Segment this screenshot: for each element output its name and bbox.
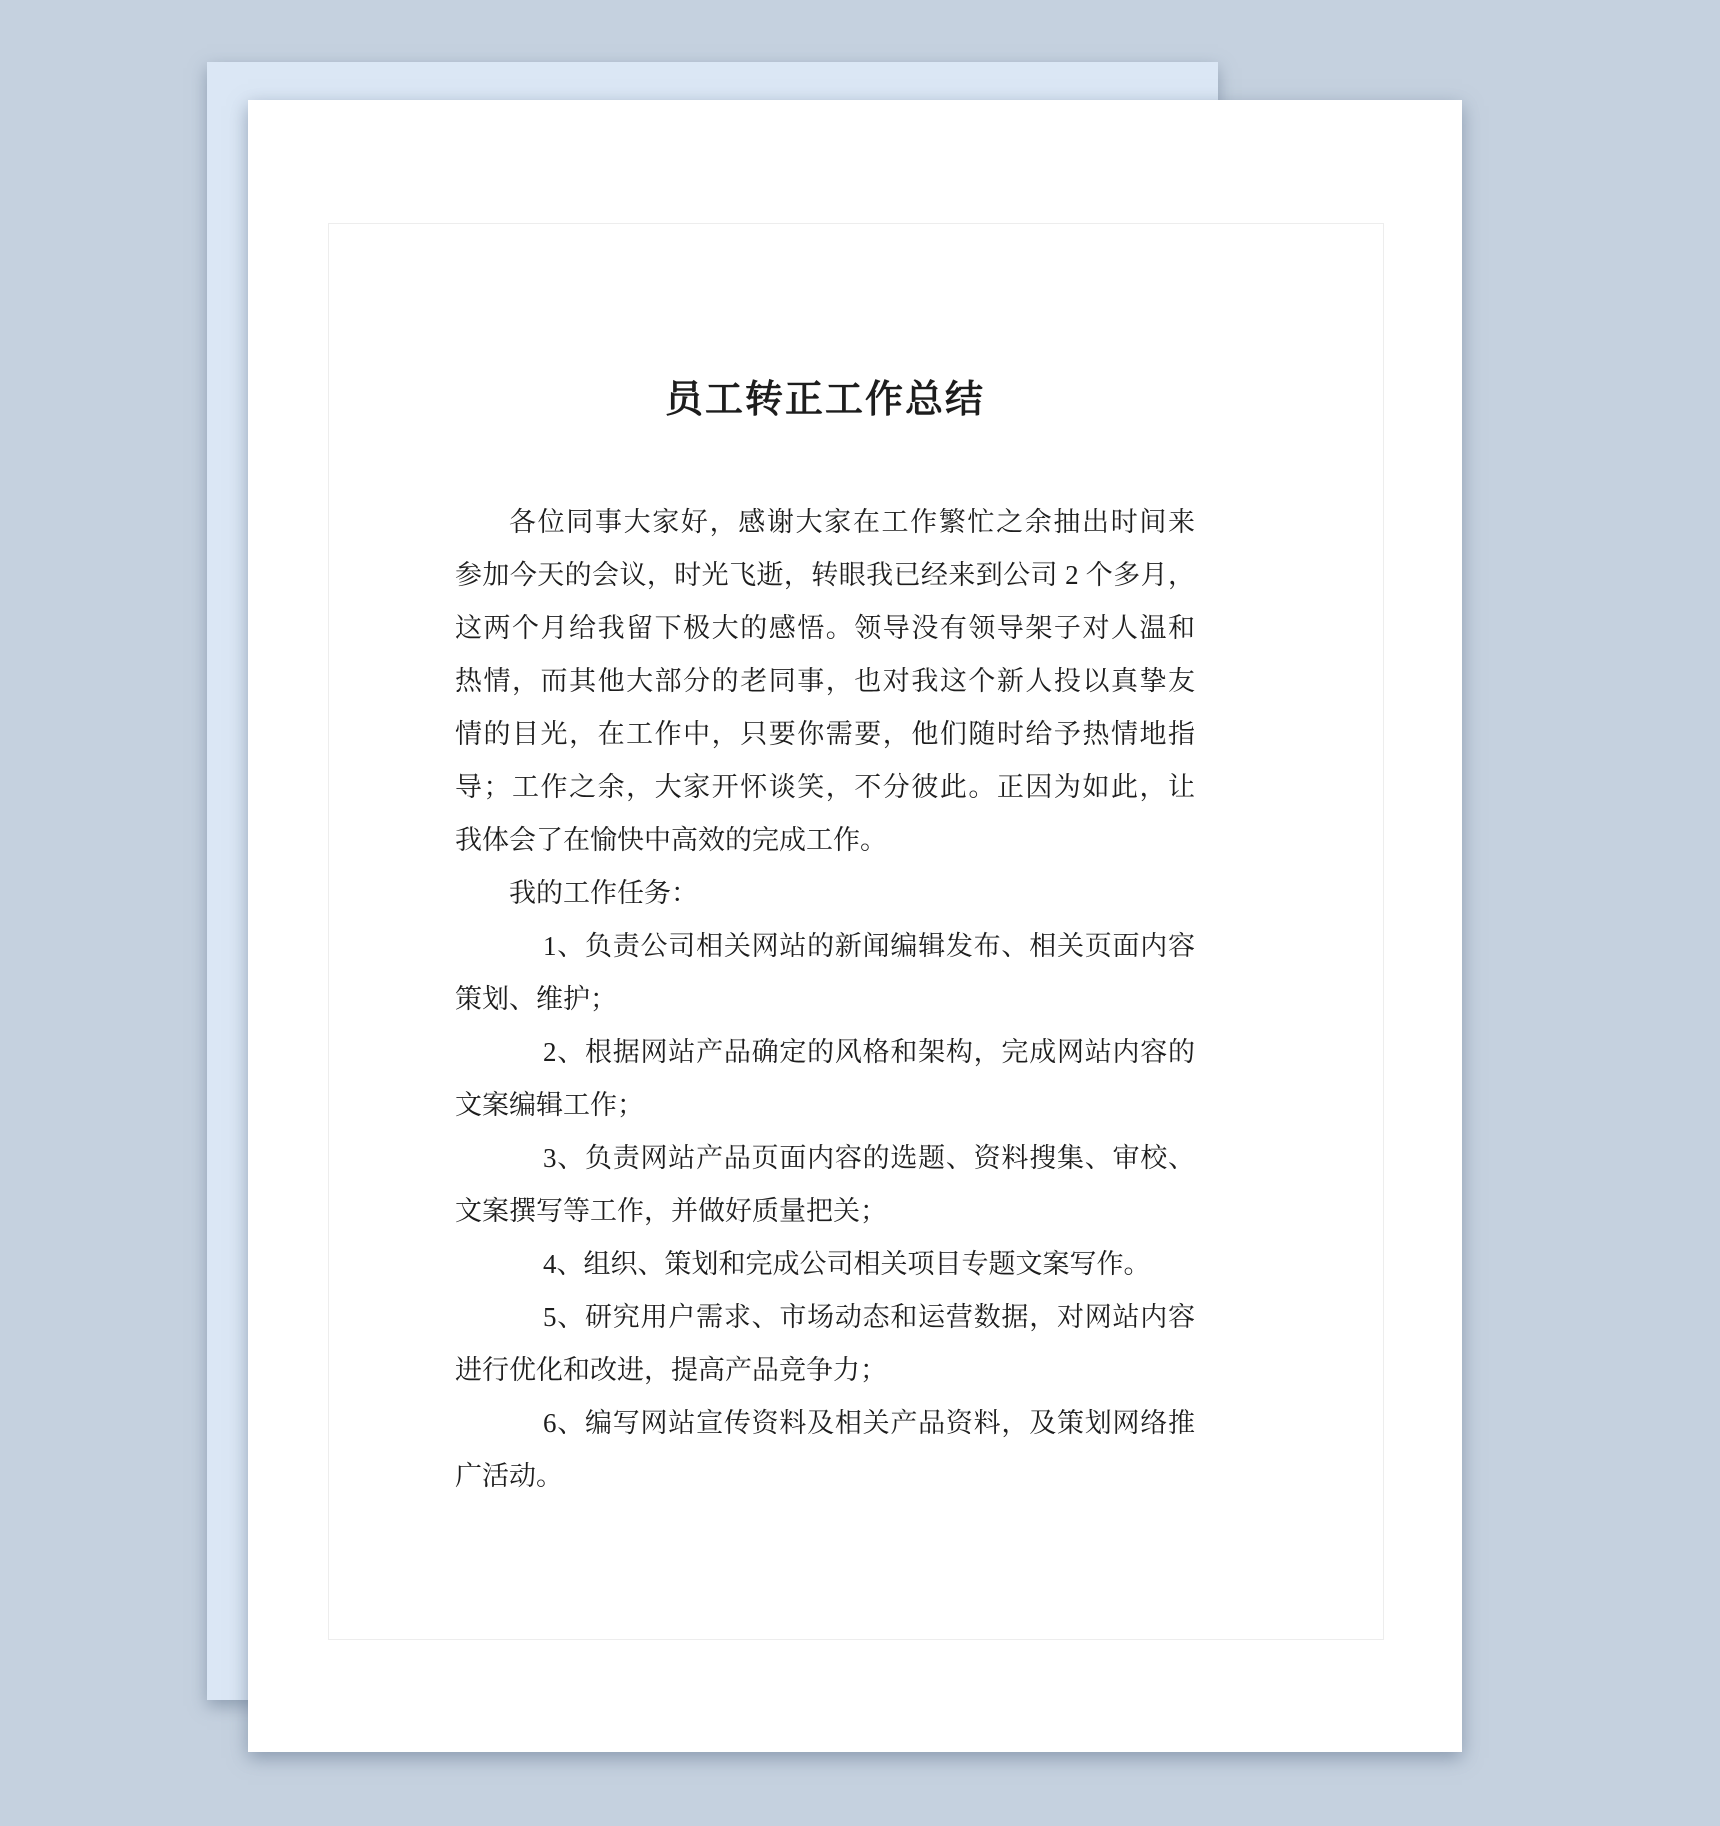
text-line: 4、组织、策划和完成公司相关项目专题文案写作。 <box>455 1238 1195 1291</box>
text-line: 1、负责公司相关网站的新闻编辑发布、相关页面内容 <box>455 920 1195 973</box>
document-page: 员工转正工作总结 各位同事大家好，感谢大家在工作繁忙之余抽出时间来 参加今天的会… <box>248 100 1462 1752</box>
text-line: 6、编写网站宣传资料及相关产品资料，及策划网络推 <box>455 1397 1195 1450</box>
text-line: 广活动。 <box>455 1450 1195 1503</box>
document-body: 各位同事大家好，感谢大家在工作繁忙之余抽出时间来 参加今天的会议，时光飞逝，转眼… <box>455 496 1195 1503</box>
text-line: 文案编辑工作； <box>455 1079 1195 1132</box>
text-line: 各位同事大家好，感谢大家在工作繁忙之余抽出时间来 <box>455 496 1195 549</box>
text-line: 2、根据网站产品确定的风格和架构，完成网站内容的 <box>455 1026 1195 1079</box>
text-line: 文案撰写等工作，并做好质量把关； <box>455 1185 1195 1238</box>
text-line: 情的目光，在工作中，只要你需要，他们随时给予热情地指 <box>455 708 1195 761</box>
text-line: 进行优化和改进，提高产品竞争力； <box>455 1344 1195 1397</box>
text-line: 5、研究用户需求、市场动态和运营数据，对网站内容 <box>455 1291 1195 1344</box>
text-line: 我体会了在愉快中高效的完成工作。 <box>455 814 1195 867</box>
text-line: 参加今天的会议，时光飞逝，转眼我已经来到公司 2 个多月， <box>455 549 1195 602</box>
text-line: 3、负责网站产品页面内容的选题、资料搜集、审校、 <box>455 1132 1195 1185</box>
text-line: 策划、维护； <box>455 973 1195 1026</box>
text-line: 这两个月给我留下极大的感悟。领导没有领导架子对人温和 <box>455 602 1195 655</box>
desk-background: { "colors": { "canvas_background": "#c5d… <box>0 0 1720 1826</box>
text-line: 热情，而其他大部分的老同事，也对我这个新人投以真挚友 <box>455 655 1195 708</box>
text-line: 我的工作任务： <box>455 867 1195 920</box>
text-line: 导；工作之余，大家开怀谈笑，不分彼此。正因为如此，让 <box>455 761 1195 814</box>
document-title: 员工转正工作总结 <box>455 372 1195 428</box>
